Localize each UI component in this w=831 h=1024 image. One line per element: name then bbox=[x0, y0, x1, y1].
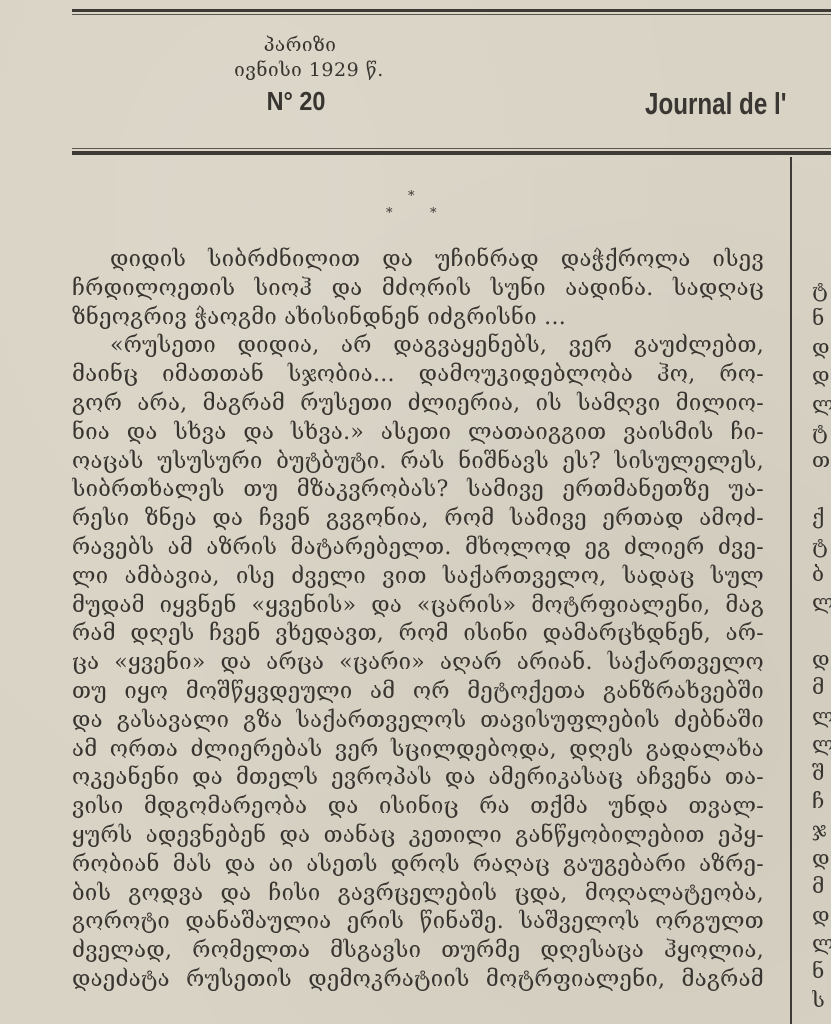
article-line: ოკეანენი და მთელს ევროპას და ამერიკასაც … bbox=[72, 764, 764, 793]
fragment-glyph bbox=[812, 617, 831, 645]
star-icon: * bbox=[408, 190, 415, 203]
article-line: რობიან მას და აი ასეთს დროს რაღაც გაუგებ… bbox=[72, 851, 764, 880]
rule-thick bbox=[72, 9, 831, 12]
star-icon: * bbox=[430, 207, 437, 220]
article-line: რამ დღეს ჩვენ ვხედავთ, რომ ისინი დამარცხ… bbox=[72, 620, 764, 649]
fragment-glyph: ჯ bbox=[812, 815, 831, 843]
article-line: ძველად, რომელთა მსგავსი თურმე დღესაცა ჰყ… bbox=[72, 937, 764, 966]
fragment-glyph bbox=[812, 475, 831, 503]
city-name: პარიზი bbox=[170, 33, 430, 57]
newspaper-page: პარიზი ივნისი 1929 წ. N° 20 Journal de l… bbox=[0, 0, 831, 1024]
article-line: და გასავალი გზა საქართველოს თავისუფლების… bbox=[72, 707, 764, 736]
fragment-glyph: ს bbox=[812, 986, 831, 1014]
fragment-glyph: ლ bbox=[812, 588, 831, 616]
fragment-glyph: დ bbox=[812, 901, 831, 929]
article-line: ზნეოგრივ ჭაოგმი ახისინდნენ იძგრისნი ... bbox=[72, 304, 764, 333]
article-line: «რუსეთი დიდია, არ დაგვაყენებს, ვერ გაუძლ… bbox=[72, 332, 764, 361]
article-line: დაეძატა რუსეთის დემოკრატიის მოტრფიალენი,… bbox=[72, 966, 764, 995]
article-line: თუ იყო მოშწყვდეული ამ ორ მეტოქეთა განზრა… bbox=[72, 678, 764, 707]
article-line: ცა «ყვენი» და არცა «ცარი» აღარ არიან. სა… bbox=[72, 649, 764, 678]
star-icon: * bbox=[386, 207, 393, 220]
fragment-glyph: ტ bbox=[812, 418, 831, 446]
column-divider bbox=[790, 157, 792, 1024]
section-divider-asterism: * * * bbox=[383, 188, 443, 220]
fragment-glyph: შ bbox=[812, 759, 831, 787]
masthead-dateline: პარიზი ივნისი 1929 წ. N° 20 bbox=[190, 33, 430, 117]
article-line: ამ ორთა ძლიერებას ვერ სცილდებოდა, დღეს გ… bbox=[72, 736, 764, 765]
article-line: სიბრთხალეს თუ მზაკვრობას? სამივე ერთმანე… bbox=[72, 476, 764, 505]
article-line: მუდამ იყვნენ «ყვენის» და «ცარის» მოტრფია… bbox=[72, 592, 764, 621]
article-line: ჩრდილოეთის სიოჰ და მძორის სუნი აადინა. ს… bbox=[72, 275, 764, 304]
article-line: მაინც იმათთან სჯობია... დამოუკიდებლობა ჰ… bbox=[72, 361, 764, 390]
fragment-glyph: დ bbox=[812, 645, 831, 673]
article-line: ნია და სხვა და სხვა.» ასეთი ლათაიგგით ვა… bbox=[72, 419, 764, 448]
issue-number: N° 20 bbox=[175, 85, 416, 117]
fragment-glyph: დ bbox=[812, 361, 831, 389]
fragment-glyph: ტ bbox=[812, 532, 831, 560]
adjacent-column-fragment: ტ ნ დ დ ლ ტ თ ქ ტ ბ ლ დ მ ლ ლ შ ჩ ჯ დ მ … bbox=[812, 276, 831, 1014]
fragment-glyph: ლ bbox=[812, 702, 831, 730]
article-line: გორ არა, მაგრამ რუსეთი ძლიერია, ის სამღვ… bbox=[72, 390, 764, 419]
rule-thin bbox=[72, 14, 831, 15]
fragment-glyph: ბ bbox=[812, 560, 831, 588]
article-line: რესი ზნეა და ჩვენ გვგონია, რომ სამივე ერ… bbox=[72, 505, 764, 534]
fragment-glyph: ტ bbox=[812, 276, 831, 304]
header-bottom-rule bbox=[72, 148, 831, 157]
article-body: დიდის სიბრძნილით და უჩინრად დაჭქროლა ისე… bbox=[72, 246, 764, 995]
fragment-glyph: დ bbox=[812, 844, 831, 872]
fragment-glyph: ნ bbox=[812, 957, 831, 985]
article-line: გოროტი დანაშაულია ერის წინაშე. საშველოს … bbox=[72, 908, 764, 937]
article-line: რავებს ამ აზრის მატარებელთ. მხოლოდ ეგ ძლ… bbox=[72, 534, 764, 563]
fragment-glyph: დ bbox=[812, 333, 831, 361]
rule-thick bbox=[72, 151, 831, 155]
article-line: ვისი მდგომარეობა და ისინიც რა თქმა უნდა … bbox=[72, 793, 764, 822]
journal-title: Journal de l' bbox=[645, 86, 786, 122]
article-line: ოაცას უსუსური ბუტბუტი. რას ნიშნავს ეს? ს… bbox=[72, 448, 764, 477]
header-top-rule bbox=[72, 9, 831, 16]
fragment-glyph: მ bbox=[812, 872, 831, 900]
article-line: ლი ამბავია, ისე ძველი ვით საქართველო, სა… bbox=[72, 563, 764, 592]
rule-thin bbox=[72, 148, 831, 149]
fragment-glyph: ქ bbox=[812, 503, 831, 531]
fragment-glyph: ლ bbox=[812, 390, 831, 418]
fragment-glyph: ჩ bbox=[812, 787, 831, 815]
article-line: ყურს ადევნებენ და თანაც კეთილი განწყობილ… bbox=[72, 822, 764, 851]
fragment-glyph: მ bbox=[812, 673, 831, 701]
article-line: დიდის სიბრძნილით და უჩინრად დაჭქროლა ისე… bbox=[72, 246, 764, 275]
fragment-glyph: ლ bbox=[812, 929, 831, 957]
fragment-glyph: ლ bbox=[812, 730, 831, 758]
issue-date: ივნისი 1929 წ. bbox=[188, 57, 430, 83]
fragment-glyph: ნ bbox=[812, 304, 831, 332]
article-line: ბის გოდვა და ჩისი გავრცელების ცდა, მოღალ… bbox=[72, 880, 764, 909]
fragment-glyph: თ bbox=[812, 446, 831, 474]
